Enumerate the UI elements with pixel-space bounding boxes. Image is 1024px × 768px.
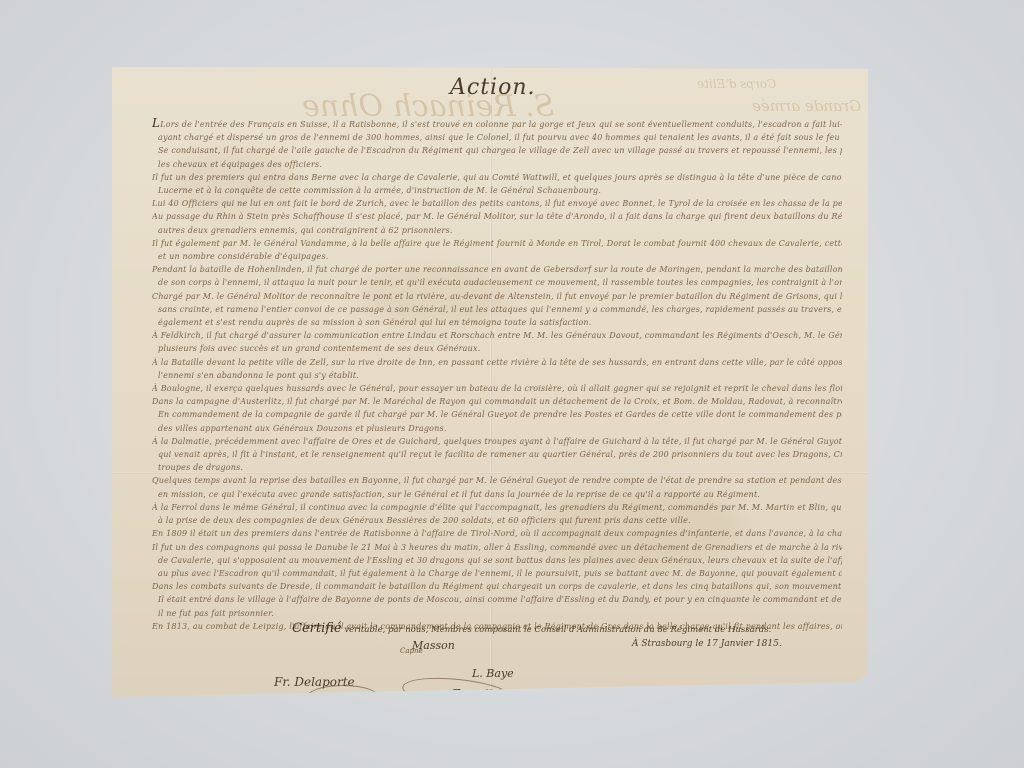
manuscript-line: qui venait après, il fit à l'instant, et…	[152, 448, 842, 461]
manuscript-line: Pendant la bataille de Hohenlinden, il f…	[152, 263, 842, 276]
manuscript-line: Au passage du Rhin à Stein près Schaffho…	[152, 210, 842, 223]
manuscript-line: Quelques temps avant la reprise des bata…	[152, 474, 842, 487]
manuscript-line: à la prise de deux des compagnies de deu…	[152, 514, 842, 527]
manuscript-line: À la Ferrol dans le même Général, il con…	[152, 501, 842, 514]
manuscript-line: En commandement de la compagnie de garde…	[152, 408, 842, 421]
certification-statement: Certifié véritable, par nous, Membres co…	[292, 621, 771, 636]
manuscript-line: ayant chargé et dispersé un gros de l'en…	[152, 131, 842, 144]
certification-lead: Certifié	[292, 621, 342, 636]
manuscript-line: Il était entré dans le village à l'affai…	[152, 593, 842, 606]
document-sheet: Grande armée Corps d'Elite S. Reinach Oh…	[112, 67, 868, 697]
signature-masson: Masson	[412, 639, 455, 652]
manuscript-line: Se conduisant, il fut chargé de l'aile g…	[152, 144, 842, 157]
manuscript-line: Il fut également par M. le Général Vanda…	[152, 237, 842, 250]
manuscript-line: il ne fut pas fait prisonnier.	[152, 607, 842, 620]
manuscript-line: À la Bataille devant la petite ville de …	[152, 356, 842, 369]
document-title: Action.	[450, 75, 536, 100]
manuscript-body: LLors de l'entrée des Français en Suisse…	[152, 117, 842, 633]
manuscript-line: En 1809 il était un des premiers dans l'…	[152, 527, 842, 540]
place-and-date: À Strasbourg le 17 Janvier 1815.	[632, 639, 782, 649]
manuscript-line: autres deux grenadiers ennemis, qui cont…	[152, 224, 842, 237]
manuscript-line: troupes de dragons.	[152, 461, 842, 474]
manuscript-line: l'ennemi s'en abandonna le pont qui s'y …	[152, 369, 842, 382]
manuscript-line: plusieurs fois avec succès et un grand c…	[152, 342, 842, 355]
manuscript-line: de Cavalerie, qui s'opposaient au mouvem…	[152, 554, 842, 567]
manuscript-line: de son corps à l'ennemi, il attaqua la n…	[152, 276, 842, 289]
manuscript-line: également et s'est rendu auprès de sa mi…	[152, 316, 842, 329]
manuscript-line: LLors de l'entrée des Français en Suisse…	[152, 117, 842, 131]
manuscript-line: les chevaux et équipages des officiers.	[152, 158, 842, 171]
bleed-through-text-far-right: Corps d'Elite	[697, 77, 776, 91]
manuscript-line: Chargé par M. le Général Molitor de reco…	[152, 290, 842, 303]
signature-baye: L. Baye	[472, 667, 514, 680]
bleed-through-text-right: Grande armée	[752, 97, 861, 115]
manuscript-line: À Feldkirch, il fut chargé d'assurer la …	[152, 329, 842, 342]
manuscript-line: des villes appartenant aux Généraux Douz…	[152, 422, 842, 435]
manuscript-line: Lui 40 Officiers qui ne lui en ont fait …	[152, 197, 842, 210]
manuscript-line: Il fut un des compagnons qui passa le Da…	[152, 541, 842, 554]
manuscript-line: Lucerne et à la conquête de cette commis…	[152, 184, 842, 197]
manuscript-line: Dans les combats suivants de Dresde, il …	[152, 580, 842, 593]
manuscript-line: À la Dalmatie, précédemment avec l'affai…	[152, 435, 842, 448]
manuscript-line: Dans la campagne d'Austerlitz, il fut ch…	[152, 395, 842, 408]
manuscript-line: au plus avec l'Escadron qu'il commandait…	[152, 567, 842, 580]
certification-text: véritable, par nous, Membres composant l…	[344, 625, 771, 635]
manuscript-line: sans crainte, et ramena l'entier convoi …	[152, 303, 842, 316]
manuscript-line: et un nombre considérable d'équipages.	[152, 250, 842, 263]
manuscript-line: en mission, ce qui l'exécuta avec grande…	[152, 488, 842, 501]
manuscript-line: Il fut un des premiers qui entra dans Be…	[152, 171, 842, 184]
manuscript-line: À Boulogne, il exerça quelques hussards …	[152, 382, 842, 395]
